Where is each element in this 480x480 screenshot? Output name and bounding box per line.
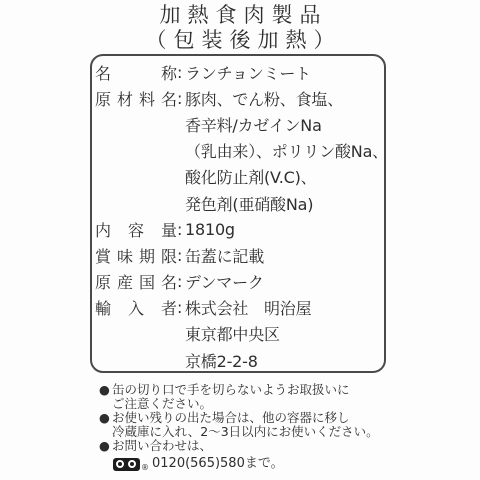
label-title: 加熱食肉製品 （包装後加熱） (0, 3, 480, 53)
note-text: ご注意ください。 (112, 396, 212, 411)
label-info-box: 名称:ランチョンミート 原材料名:豚肉、でん粉、食塩、 香辛料/カゼインNa （… (90, 54, 386, 373)
product-type-title: 加熱食肉製品 (0, 3, 480, 28)
row-value: 豚肉、でん粉、食塩、 (185, 87, 343, 110)
info-row-ingredients: 原材料名:豚肉、でん粉、食塩、 (95, 85, 382, 111)
info-row-importer-address: 東京都中央区 (95, 321, 382, 347)
row-value: ランチョンミート (185, 61, 311, 84)
row-value: 酸化防止剤(V.C)、 (185, 165, 316, 188)
contact-phone-number: 0120(565)580まで。 (152, 457, 284, 471)
row-value: 発色剤(亜硝酸Na) (185, 192, 313, 215)
note-text: お問い合わせは、 (112, 438, 212, 453)
note-line-caution-cont: ご注意ください。 (99, 397, 399, 411)
row-value: （乳由来）、ポリリン酸Na、 (185, 139, 388, 162)
row-label: 輸入者 (95, 296, 177, 319)
info-row-name: 名称:ランチョンミート (95, 59, 382, 85)
row-label: 原材料名 (95, 87, 177, 110)
bullet-icon: ● (99, 411, 112, 425)
registered-trademark-icon: ® (141, 463, 149, 473)
info-row-ingredients-cont: 香辛料/カゼインNa (95, 111, 382, 137)
row-value: 東京都中央区 (185, 322, 280, 345)
note-line-caution: ●缶の切り口で手を切らないようお取扱いに (99, 383, 399, 397)
note-line-leftovers: ●お使い残りの出た場合は、他の容器に移し (99, 411, 399, 425)
info-row-importer-address-cont: 京橋2-2-8 (95, 347, 382, 373)
info-row-best-before: 賞味期限:缶蓋に記載 (95, 242, 382, 268)
info-row-ingredients-cont: 発色剤(亜硝酸Na) (95, 190, 382, 216)
row-value: デンマーク (185, 270, 264, 293)
note-text: 冷蔵庫に入れ、2〜3日以内にお使いください。 (112, 424, 379, 439)
row-value: 株式会社 明治屋 (185, 296, 311, 319)
row-value: 缶蓋に記載 (185, 244, 264, 267)
row-value: 香辛料/カゼインNa (185, 113, 322, 136)
row-value: 1810g (185, 220, 235, 239)
row-label: 名称 (95, 61, 177, 84)
bullet-icon: ● (99, 383, 112, 397)
info-row-origin-country: 原産国名:デンマーク (95, 269, 382, 295)
info-row-ingredients-cont: 酸化防止剤(V.C)、 (95, 164, 382, 190)
usage-notes: ●缶の切り口で手を切らないようお取扱いに ご注意ください。 ●お使い残りの出た場… (99, 383, 399, 473)
note-line-inquiry: ●お問い合わせは、 (99, 439, 399, 453)
info-row-net-content: 内容量:1810g (95, 216, 382, 242)
bullet-icon: ● (99, 439, 112, 453)
info-row-ingredients-cont: （乳由来）、ポリリン酸Na、 (95, 138, 382, 164)
info-row-importer: 輸入者:株式会社 明治屋 (95, 295, 382, 321)
note-text: 缶の切り口で手を切らないようお取扱いに (112, 382, 350, 397)
product-label: 加熱食肉製品 （包装後加熱） 名称:ランチョンミート 原材料名:豚肉、でん粉、食… (0, 0, 480, 480)
row-value: 京橋2-2-8 (185, 349, 258, 372)
note-line-leftovers-cont: 冷蔵庫に入れ、2〜3日以内にお使いください。 (99, 425, 399, 439)
row-label: 原産国名 (95, 270, 177, 293)
note-text: お使い残りの出た場合は、他の容器に移し (112, 410, 350, 425)
contact-line: ®0120(565)580まで。 (99, 455, 399, 473)
row-label: 内容量 (95, 218, 177, 241)
row-label: 賞味期限 (95, 244, 177, 267)
product-type-subtitle: （包装後加熱） (0, 28, 480, 53)
freedial-icon (113, 458, 140, 471)
